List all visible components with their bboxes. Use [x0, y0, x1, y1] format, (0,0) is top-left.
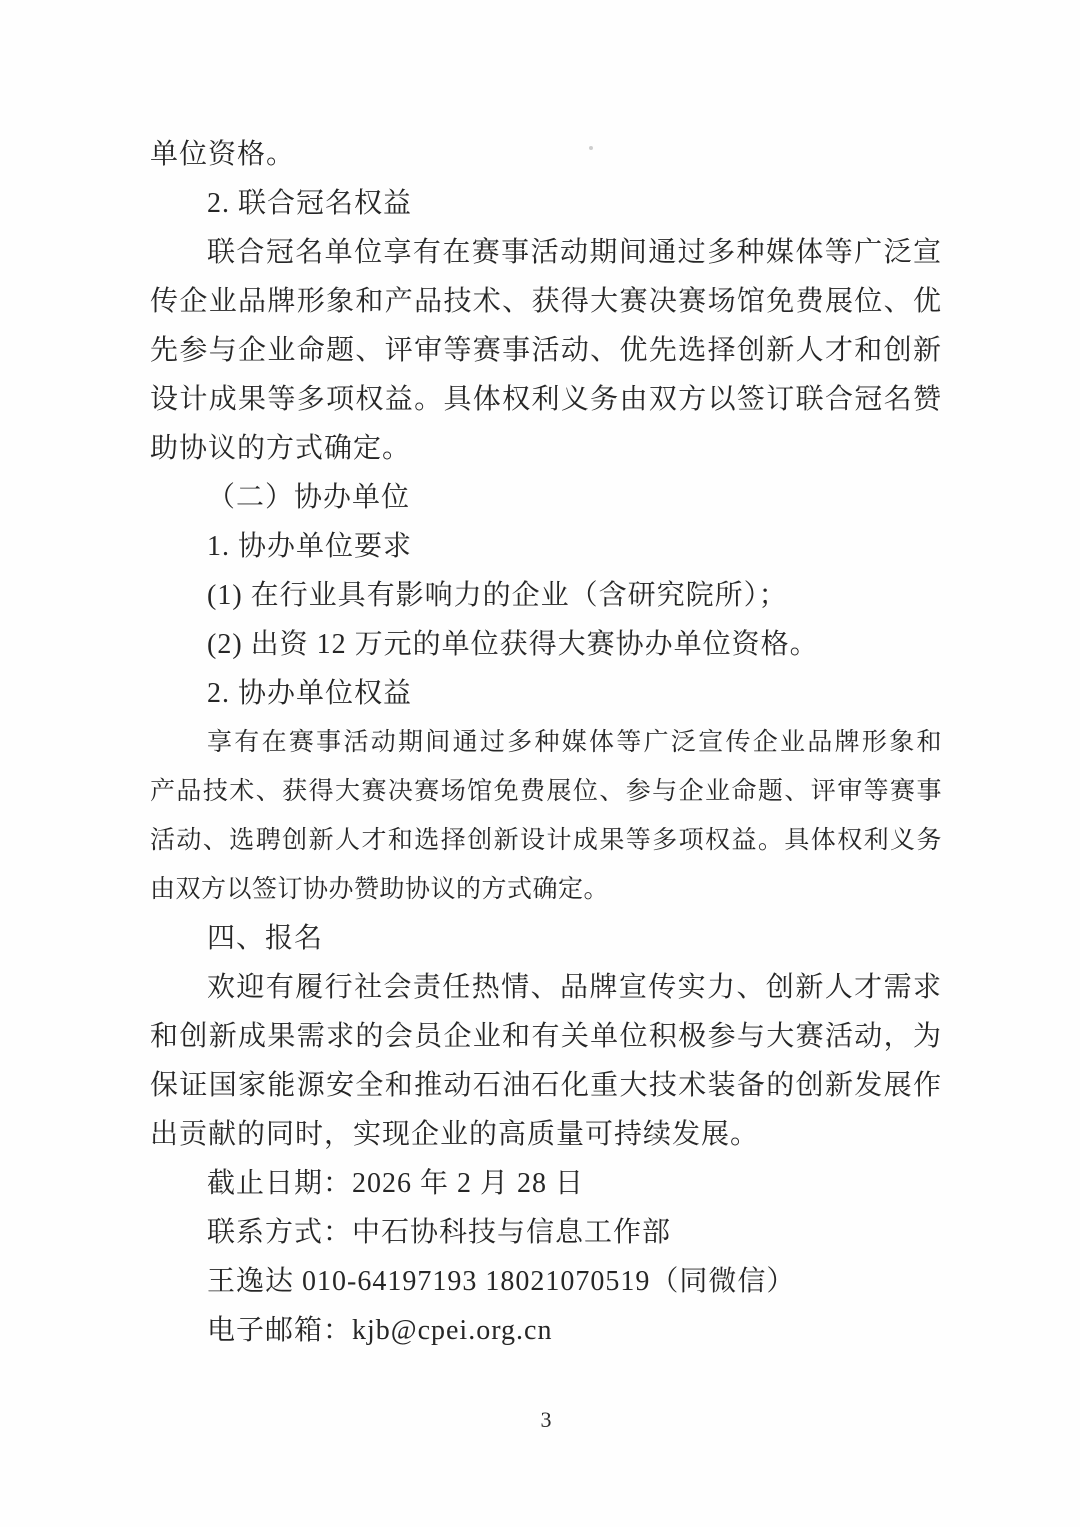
heading-registration: 四、报名: [150, 914, 942, 963]
heading-co-organizer-requirements: 1. 协办单位要求: [150, 522, 942, 571]
para-joint-title-rights-line-3: 先参与企业命题、评审等赛事活动、优先选择创新人才和创新: [150, 326, 942, 375]
para-co-organizer-rights-line-1: 享有在赛事活动期间通过多种媒体等广泛宣传企业品牌形象和: [150, 718, 942, 767]
line-contact-email: 电子邮箱：kjb@cpei.org.cn: [150, 1306, 942, 1355]
page-number: 3: [150, 1405, 942, 1435]
line-unit-qualification: 单位资格。: [150, 130, 942, 179]
para-co-organizer-rights-line-4: 由双方以签订协办赞助协议的方式确定。: [150, 865, 942, 914]
para-registration-line-3: 保证国家能源安全和推动石油石化重大技术装备的创新发展作: [150, 1061, 942, 1110]
para-registration-line-2: 和创新成果需求的会员企业和有关单位积极参与大赛活动，为: [150, 1012, 942, 1061]
para-registration-line-1: 欢迎有履行社会责任热情、品牌宣传实力、创新人才需求: [150, 963, 942, 1012]
document-page: 单位资格。 2. 联合冠名权益 联合冠名单位享有在赛事活动期间通过多种媒体等广泛…: [0, 0, 1080, 1527]
para-joint-title-rights-line-5: 助协议的方式确定。: [150, 424, 942, 473]
para-registration-line-4: 出贡献的同时，实现企业的高质量可持续发展。: [150, 1110, 942, 1159]
para-co-organizer-rights-line-2: 产品技术、获得大赛决赛场馆免费展位、参与企业命题、评审等赛事: [150, 767, 942, 816]
line-contact-department: 联系方式：中石协科技与信息工作部: [150, 1208, 942, 1257]
line-contact-person-phone: 王逸达 010-64197193 18021070519（同微信）: [150, 1257, 942, 1306]
para-joint-title-rights-line-2: 传企业品牌形象和产品技术、获得大赛决赛场馆免费展位、优: [150, 277, 942, 326]
item-co-organizer-requirement-1: (1) 在行业具有影响力的企业（含研究院所）；: [150, 571, 942, 620]
heading-co-organizer: （二）协办单位: [150, 473, 942, 522]
para-joint-title-rights-line-1: 联合冠名单位享有在赛事活动期间通过多种媒体等广泛宣: [150, 228, 942, 277]
line-deadline: 截止日期：2026 年 2 月 28 日: [150, 1159, 942, 1208]
para-co-organizer-rights-line-3: 活动、选聘创新人才和选择创新设计成果等多项权益。具体权利义务: [150, 816, 942, 865]
heading-co-organizer-rights: 2. 协办单位权益: [150, 669, 942, 718]
para-joint-title-rights-line-4: 设计成果等多项权益。具体权利义务由双方以签订联合冠名赞: [150, 375, 942, 424]
heading-joint-title-rights: 2. 联合冠名权益: [150, 179, 942, 228]
item-co-organizer-requirement-2: (2) 出资 12 万元的单位获得大赛协办单位资格。: [150, 620, 942, 669]
document-body: 单位资格。 2. 联合冠名权益 联合冠名单位享有在赛事活动期间通过多种媒体等广泛…: [150, 130, 942, 1435]
